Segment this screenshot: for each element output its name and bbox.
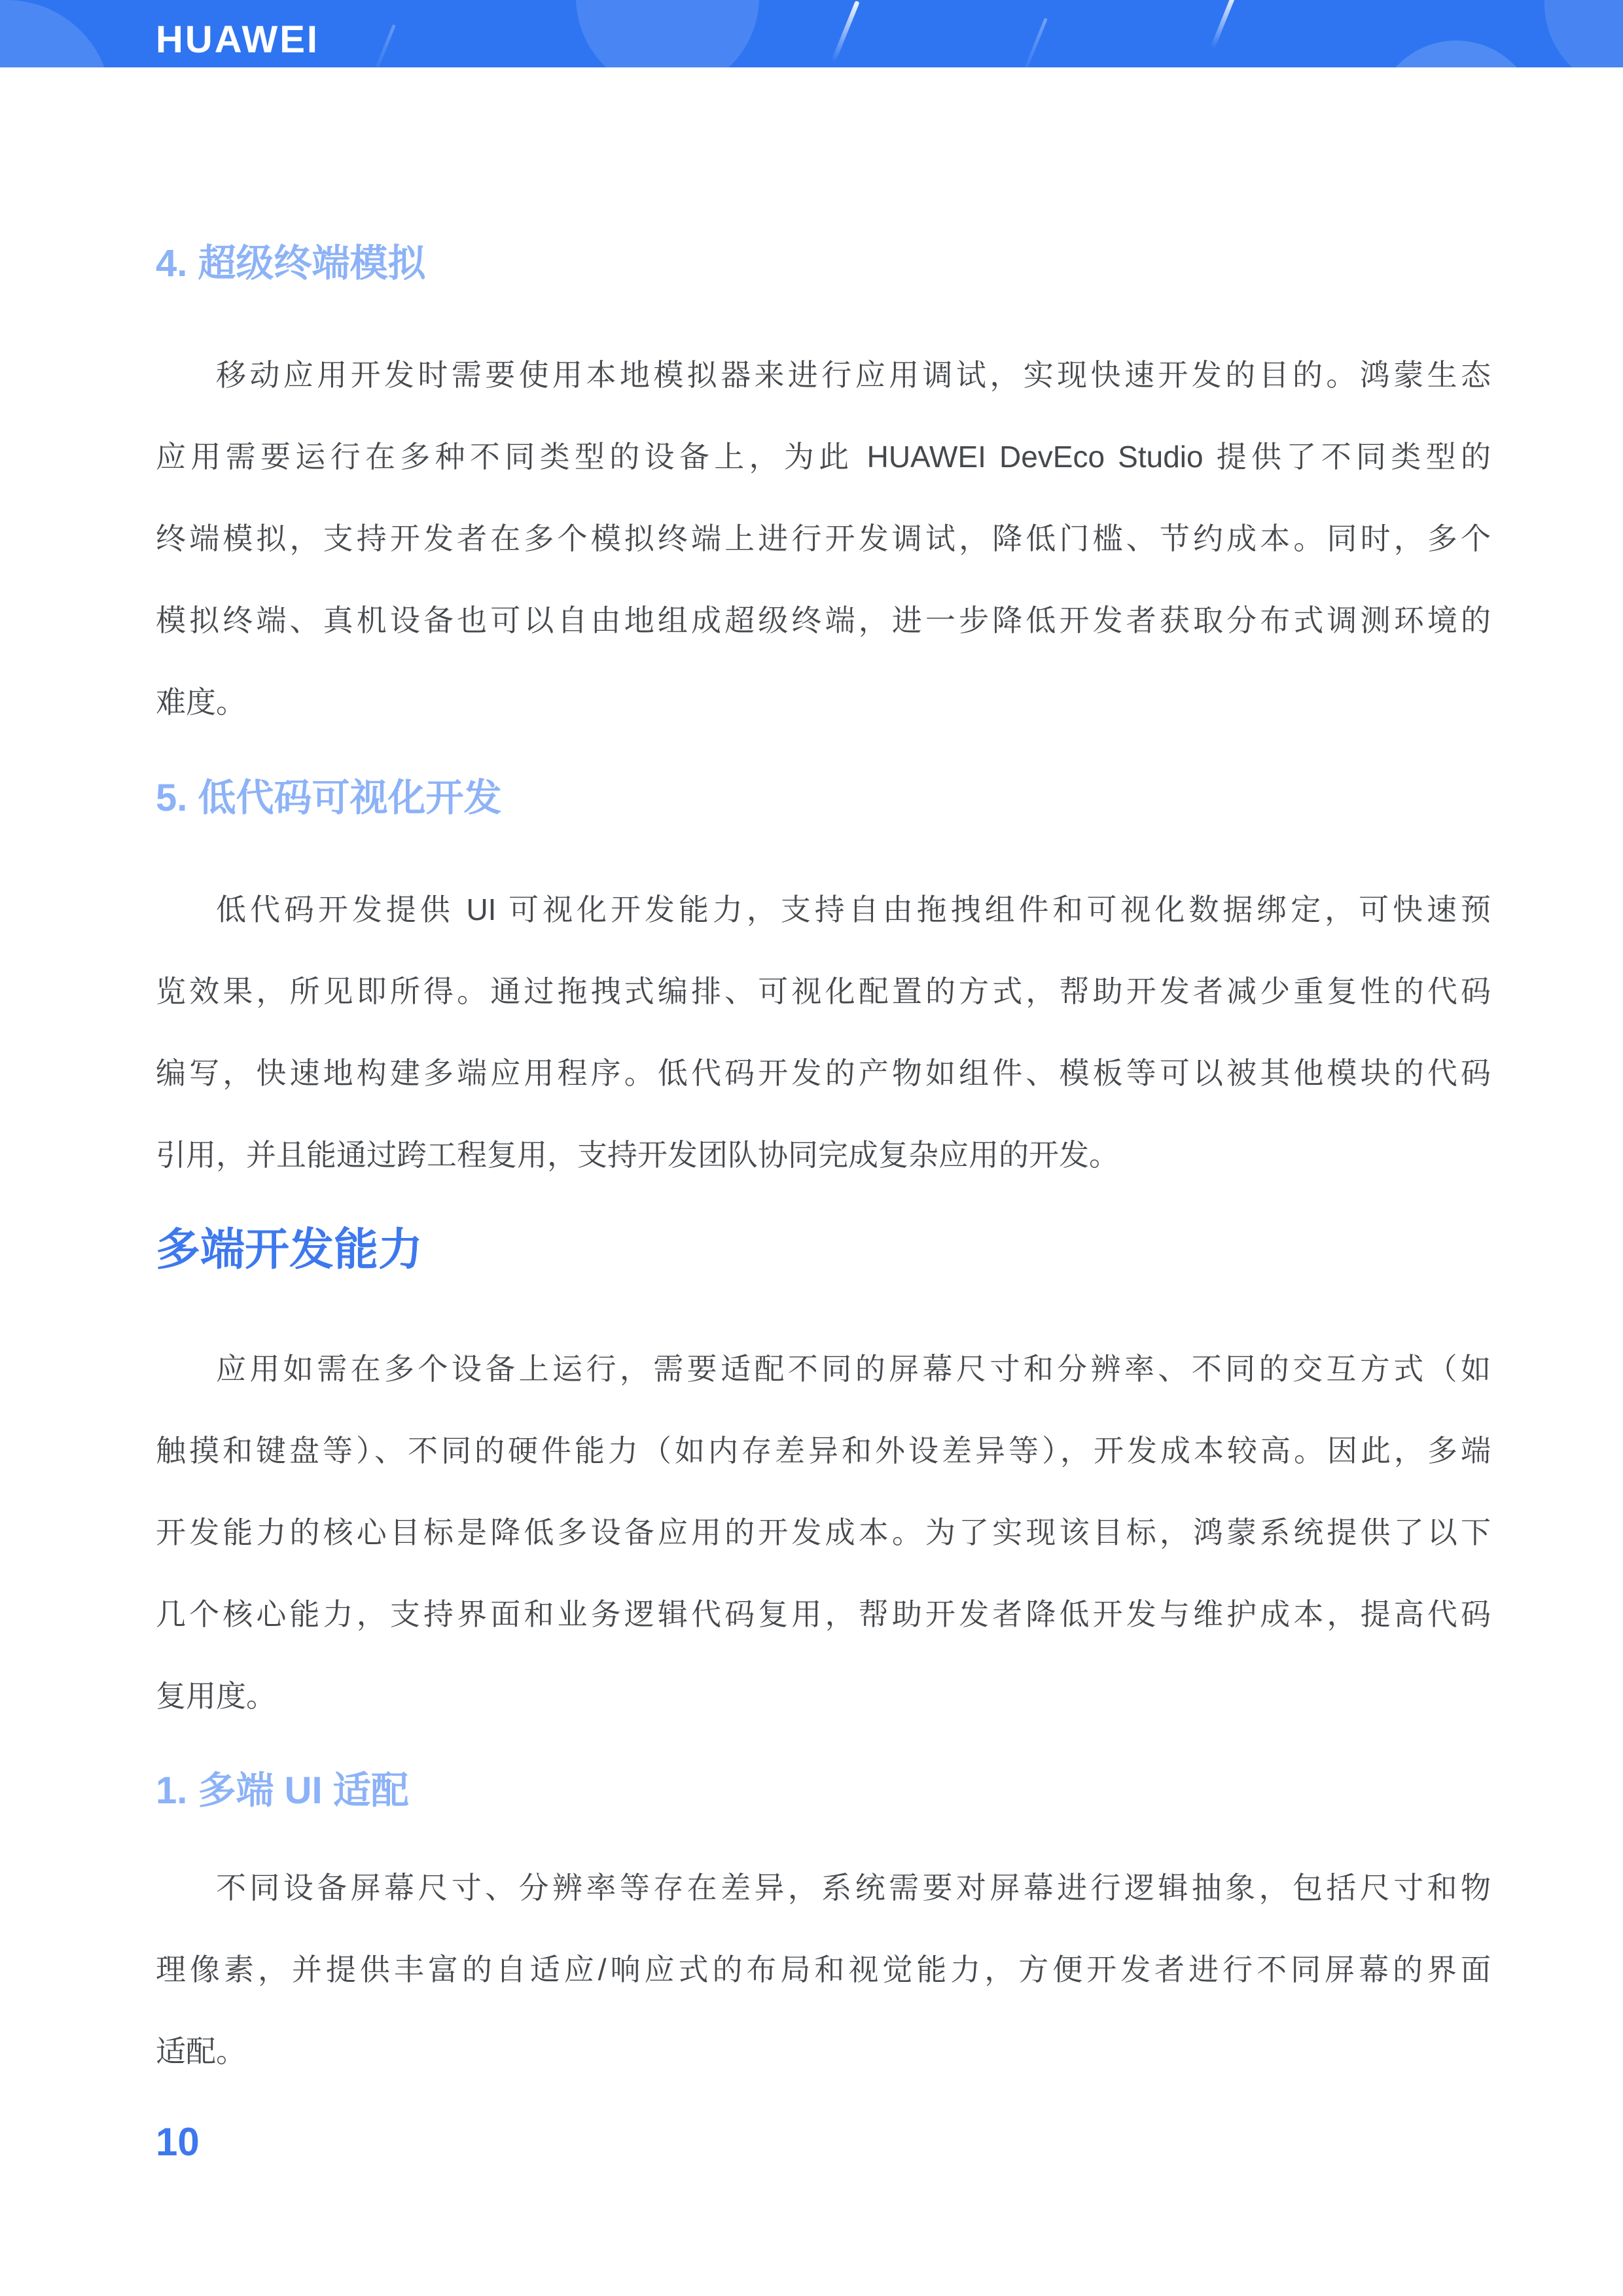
text-line: 几个核心能力，支持界面和业务逻辑代码复用，帮助开发者降低开发与维护成本，提高代码 [156,1574,1491,1655]
text-line: 移动应用开发时需要使用本地模拟器来进行应用调试，实现快速开发的目的。鸿蒙生态 [156,334,1491,416]
page-header-banner: HUAWEI [0,0,1623,67]
header-decoration-streak-2 [1210,0,1236,49]
section-heading-multi-device-ui-adaptation: 1. 多端 UI 适配 [156,1767,1491,1814]
text-line: 开发能力的核心目标是降低多设备应用的开发成本。为了实现该目标，鸿蒙系统提供了以下 [156,1492,1491,1574]
header-decoration-streak-1 [831,1,860,63]
text-line: 应用需要运行在多种不同类型的设备上，为此 HUAWEI DevEco Studi… [156,416,1491,498]
paragraph-multi-device-ui-adaptation: 不同设备屏幕尺寸、分辨率等存在差异，系统需要对屏幕进行逻辑抽象，包括尺寸和物 理… [156,1847,1491,2093]
header-decoration-blob-left [0,0,111,67]
text-line: 模拟终端、真机设备也可以自由地组成超级终端，进一步降低开发者获取分布式调测环境的 [156,580,1491,662]
header-decoration-streak-3 [1022,18,1048,67]
header-decoration-blob-right [1544,0,1623,67]
header-decoration-blob-bottom-right [1374,41,1538,67]
paragraph-super-terminal-simulation: 移动应用开发时需要使用本地模拟器来进行应用调试，实现快速开发的目的。鸿蒙生态 应… [156,334,1491,743]
text-line: 复用度。 [156,1655,1491,1737]
page-number: 10 [156,2119,1491,2166]
text-line: 览效果，所见即所得。通过拖拽式编排、可视化配置的方式，帮助开发者减少重复性的代码 [156,951,1491,1033]
text-line: 难度。 [156,662,1491,743]
paragraph-low-code-visual-development: 低代码开发提供 UI 可视化开发能力，支持自由拖拽组件和可视化数据绑定，可快速预… [156,869,1491,1196]
paragraph-multi-device-development: 应用如需在多个设备上运行，需要适配不同的屏幕尺寸和分辨率、不同的交互方式（如 触… [156,1328,1491,1737]
text-line: 应用如需在多个设备上运行，需要适配不同的屏幕尺寸和分辨率、不同的交互方式（如 [156,1328,1491,1410]
document-page: HUAWEI 4. 超级终端模拟 移动应用开发时需要使用本地模拟器来进行应用调试… [0,0,1623,2296]
header-decoration-streak-4 [372,24,395,67]
section-heading-super-terminal-simulation: 4. 超级终端模拟 [156,240,1491,287]
text-line: 适配。 [156,2011,1491,2093]
text-line: 引用，并且能通过跨工程复用，支持开发团队协同完成复杂应用的开发。 [156,1114,1491,1196]
section-heading-low-code-visual-development: 5. 低代码可视化开发 [156,775,1491,822]
huawei-logo: HUAWEI [156,21,319,59]
text-line: 终端模拟，支持开发者在多个模拟终端上进行开发调试，降低门槛、节约成本。同时，多个 [156,498,1491,580]
text-line: 触摸和键盘等）、不同的硬件能力（如内存差异和外设差异等），开发成本较高。因此，多… [156,1410,1491,1492]
document-content: 4. 超级终端模拟 移动应用开发时需要使用本地模拟器来进行应用调试，实现快速开发… [0,240,1623,2166]
header-decoration-blob-top [576,0,759,67]
text-line: 理像素，并提供丰富的自适应/响应式的布局和视觉能力，方便开发者进行不同屏幕的界面 [156,1929,1491,2011]
text-line: 编写，快速地构建多端应用程序。低代码开发的产物如组件、模板等可以被其他模块的代码 [156,1033,1491,1114]
text-line: 不同设备屏幕尺寸、分辨率等存在差异，系统需要对屏幕进行逻辑抽象，包括尺寸和物 [156,1847,1491,1929]
text-line: 低代码开发提供 UI 可视化开发能力，支持自由拖拽组件和可视化数据绑定，可快速预 [156,869,1491,951]
chapter-heading-multi-device-development: 多端开发能力 [156,1222,1491,1277]
